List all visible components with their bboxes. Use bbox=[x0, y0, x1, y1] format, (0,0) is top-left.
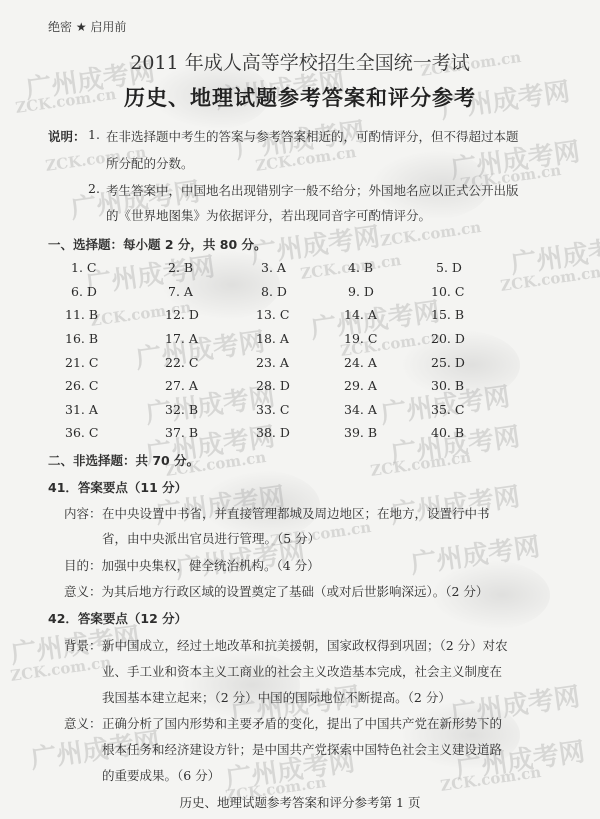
answer-row: 6. D 7. A 8. D 9. D 10. C bbox=[65, 284, 545, 304]
answer-row: 1. C 2. B 3. A 4. B 5. D bbox=[65, 260, 545, 280]
answer-item: 29. A bbox=[344, 378, 377, 393]
answer-item: 32. B bbox=[165, 402, 198, 417]
q42-background-text: 新中国成立，经过土地改革和抗美援朝，国家政权得到巩固；（2 分）对农 bbox=[102, 636, 508, 654]
note-text: 在非选择题中考生的答案与参考答案相近的，可酌情评分，但不得超过本题 bbox=[106, 127, 519, 145]
watermark-text: ZCK.com.cn bbox=[254, 143, 357, 175]
q42-significance-text: 的重要成果。（6 分） bbox=[102, 766, 220, 784]
answer-item: 13. C bbox=[256, 307, 289, 322]
answer-item: 40. B bbox=[431, 425, 464, 440]
answer-item: 34. A bbox=[344, 402, 377, 417]
answer-row: 21. C 22. C 23. A 24. A 25. D bbox=[65, 355, 545, 375]
exam-title: 2011 年成人高等学校招生全国统一考试 bbox=[0, 48, 600, 75]
note-text: 考生答案中，中国地名出现错别字一般不给分；外国地名应以正式公开出版 bbox=[106, 181, 519, 199]
q41-content-text: 在中央设置中书省，并直接管理都城及周边地区；在地方，设置行中书 bbox=[102, 504, 490, 522]
note-number: 2. bbox=[88, 181, 100, 196]
answer-item: 8. D bbox=[261, 284, 287, 299]
answer-item: 38. D bbox=[256, 425, 290, 440]
answer-item: 15. B bbox=[431, 307, 464, 322]
answer-row: 26. C 27. A 28. D 29. A 30. B bbox=[65, 378, 545, 398]
answer-row: 31. A 32. B 33. C 34. A 35. C bbox=[65, 402, 545, 422]
q41-purpose: 目的：加强中央集权，健全统治机构。（4 分） bbox=[64, 556, 320, 574]
answer-item: 10. C bbox=[431, 284, 464, 299]
answer-item: 17. A bbox=[165, 331, 198, 346]
note-number: 1. bbox=[88, 127, 100, 142]
q42-significance-label: 意义： bbox=[64, 714, 102, 732]
note-text: 的《世界地图集》为依据评分，若出现同音字可酌情评分。 bbox=[106, 206, 431, 224]
answer-row: 16. B 17. A 18. A 19. C 20. D bbox=[65, 331, 545, 351]
answer-item: 9. D bbox=[348, 284, 374, 299]
answer-item: 37. B bbox=[165, 425, 198, 440]
answer-item: 12. D bbox=[165, 307, 199, 322]
answer-item: 25. D bbox=[431, 355, 465, 370]
note-text: 所分配的分数。 bbox=[106, 154, 194, 172]
section-heading: 一、选择题：每小题 2 分，共 80 分。 bbox=[48, 235, 267, 253]
answer-item: 30. B bbox=[431, 378, 464, 393]
answer-item: 19. C bbox=[344, 331, 377, 346]
answer-item: 14. A bbox=[344, 307, 377, 322]
answer-item: 35. C bbox=[431, 402, 464, 417]
answer-item: 1. C bbox=[71, 260, 96, 275]
q42-background-label: 背景： bbox=[64, 636, 102, 654]
question-41-title: 41．答案要点（11 分） bbox=[48, 478, 187, 496]
answer-item: 26. C bbox=[65, 378, 98, 393]
q41-significance: 意义：为其后地方行政区域的设置奠定了基础（或对后世影响深远）。（2 分） bbox=[64, 582, 488, 600]
answer-row: 11. B 12. D 13. C 14. A 15. B bbox=[65, 307, 545, 327]
answer-item: 22. C bbox=[165, 355, 198, 370]
q42-background-text: 我国基本建立起来；（2 分）中国的国际地位不断提高。（2 分） bbox=[102, 688, 451, 706]
answer-item: 36. C bbox=[65, 425, 98, 440]
answer-item: 3. A bbox=[261, 260, 286, 275]
watermark-text: ZCK.com.cn bbox=[439, 763, 542, 795]
answer-item: 39. B bbox=[344, 425, 377, 440]
answer-row: 36. C 37. B 38. D 39. B 40. B bbox=[65, 425, 545, 445]
answer-item: 5. D bbox=[436, 260, 462, 275]
q41-content-text: 省，由中央派出官员进行管理。（5 分） bbox=[102, 529, 320, 547]
answer-item: 33. C bbox=[256, 402, 289, 417]
watermark-text: ZCK.com.cn bbox=[9, 653, 112, 685]
confidential-label: 绝密 ★ 启用前 bbox=[48, 18, 126, 35]
answer-item: 21. C bbox=[65, 355, 98, 370]
q41-content-label: 内容： bbox=[64, 504, 102, 522]
page-footer: 历史、地理试题参考答案和评分参考第 1 页 bbox=[0, 793, 600, 811]
answer-item: 2. B bbox=[168, 260, 193, 275]
watermark-text: ZCK.com.cn bbox=[369, 448, 472, 480]
notes-label: 说明： bbox=[48, 127, 86, 145]
answer-item: 20. D bbox=[431, 331, 465, 346]
answer-item: 28. D bbox=[256, 378, 290, 393]
watermark-text: 广州成考网 bbox=[408, 526, 542, 581]
exam-answer-page: 广州成考网 ZCK.com.cn 广州成考网 ZCK.com.cn 广州成考网 … bbox=[0, 0, 600, 819]
answer-item: 7. A bbox=[168, 284, 193, 299]
answer-item: 18. A bbox=[256, 331, 289, 346]
q42-background-text: 业、手工业和资本主义工商业的社会主义改造基本完成，社会主义制度在 bbox=[102, 662, 502, 680]
section-heading: 二、非选择题：共 70 分。 bbox=[48, 451, 199, 469]
answer-item: 11. B bbox=[65, 307, 98, 322]
answer-item: 24. A bbox=[344, 355, 377, 370]
document-title: 历史、地理试题参考答案和评分参考 bbox=[0, 82, 600, 112]
q42-significance-text: 根本任务和经济建设方针；是中国共产党探索中国特色社会主义建设道路 bbox=[102, 740, 502, 758]
q42-significance-text: 正确分析了国内形势和主要矛盾的变化，提出了中国共产党在新形势下的 bbox=[102, 714, 502, 732]
answer-item: 23. A bbox=[256, 355, 289, 370]
answer-item: 4. B bbox=[348, 260, 373, 275]
answer-item: 27. A bbox=[165, 378, 198, 393]
answer-item: 16. B bbox=[65, 331, 98, 346]
answer-item: 31. A bbox=[65, 402, 98, 417]
question-42-title: 42．答案要点（12 分） bbox=[48, 609, 187, 627]
answer-item: 6. D bbox=[71, 284, 97, 299]
